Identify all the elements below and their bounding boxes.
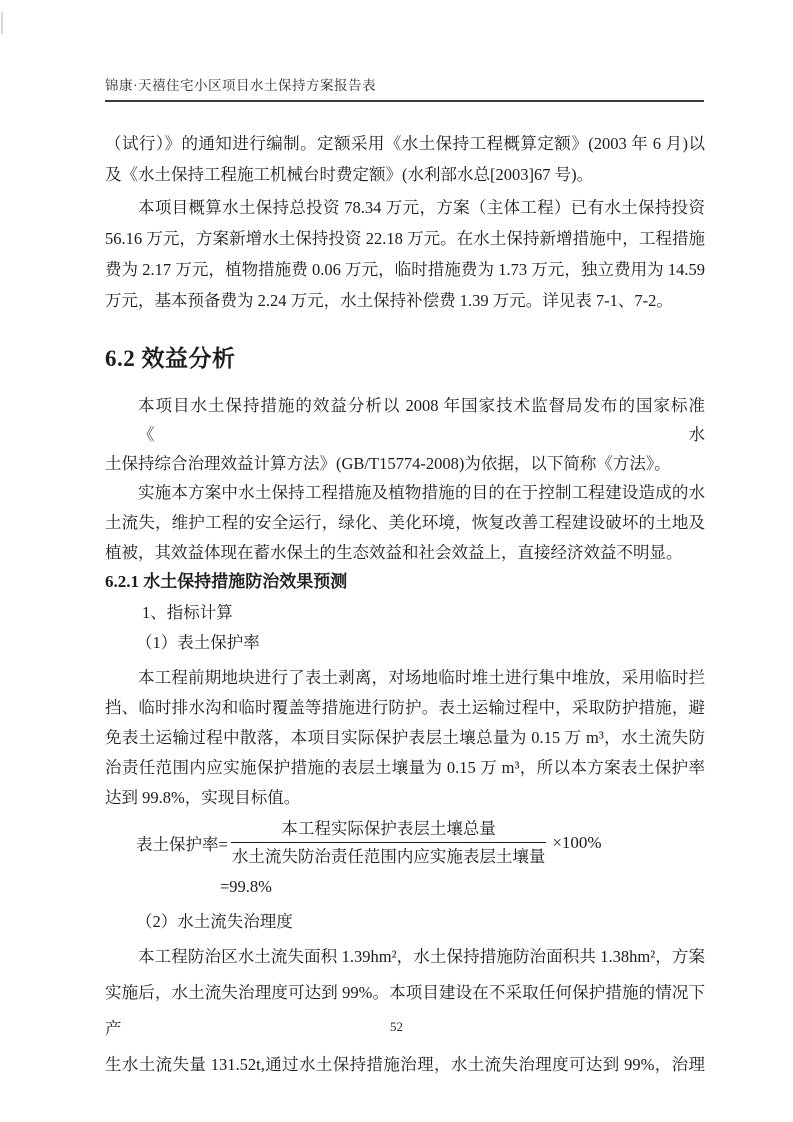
paragraph-purpose: 实施本方案中水土保持工程措施及植物措施的目的在于控制工程建设造成的水 土流失，维…	[105, 478, 705, 568]
paragraph-topsoil: 本工程前期地块进行了表土剥离，对场地临时堆土进行集中堆放，采用临时拦 挡、临时排…	[105, 663, 705, 813]
text-line: 土保持综合治理效益计算方法》(GB/T15774-2008)为依据，以下简称《方…	[105, 449, 705, 478]
text-line: 实施本方案中水土保持工程措施及植物措施的目的在于控制工程建设造成的水	[105, 478, 705, 508]
page-header: 锦康·天禧住宅小区项目水土保持方案报告表	[105, 74, 704, 102]
text-line: 费为 2.17 万元，植物措施费 0.06 万元，临时措施费为 1.73 万元，…	[105, 254, 705, 285]
text-line: 56.16 万元，方案新增水土保持投资 22.18 万元。在水土保持新增措施中，…	[105, 223, 705, 254]
page-number: 52	[0, 1019, 793, 1035]
list-item-erosion-control-degree: （2）水土流失治理度	[105, 907, 705, 937]
text-line: 土流失，维护工程的安全运行，绿化、美化环境，恢复改善工程建设破坏的土地及	[105, 508, 705, 538]
formula-numerator: 本工程实际保护表层土壤总量	[231, 819, 547, 843]
text-line: 本工程前期地块进行了表土剥离，对场地临时堆土进行集中堆放，采用临时拦	[105, 663, 705, 693]
topsoil-protection-rate-formula: 表土保护率= 本工程实际保护表层土壤总量 水土流失防治责任范围内应实施表层土壤量…	[105, 819, 705, 867]
paragraph-method-basis: 本项目水土保持措施的效益分析以 2008 年国家技术监督局发布的国家标准《水 土…	[105, 391, 705, 478]
text-line: （试行）》的通知进行编制。定额采用《水土保持工程概算定额》(2003 年 6 月…	[105, 128, 705, 159]
text-line: 免表土运输过程中散落，本项目实际保护表层土壤总量为 0.15 万 m³，水土流失…	[105, 723, 705, 753]
paragraph-erosion-control: 本工程防治区水土流失面积 1.39hm²，水土保持措施防治面积共 1.38hm²…	[105, 939, 705, 1083]
formula-fraction: 本工程实际保护表层土壤总量 水土流失防治责任范围内应实施表层土壤量	[231, 819, 547, 867]
header-title: 锦康·天禧住宅小区项目水土保持方案报告表	[105, 78, 376, 93]
text-line: 实施后，水土流失治理度可达到 99%。本项目建设在不采取任何保护措施的情况下产	[105, 975, 705, 1047]
section-heading-benefit-analysis: 6.2 效益分析	[105, 344, 705, 374]
text-line: 本项目水土保持措施的效益分析以 2008 年国家技术监督局发布的国家标准《水	[105, 391, 705, 449]
text-line: 万元，基本预备费为 2.24 万元，水土保持补偿费 1.39 万元。详见表 7-…	[105, 285, 705, 316]
subsection-heading-effect-prediction: 6.2.1 水土保持措施防治效果预测	[105, 570, 705, 594]
text-line: 治责任范围内应实施保护措施的表层土壤量为 0.15 万 m³，所以本方案表土保护…	[105, 753, 705, 783]
list-item-topsoil-protection-rate: （1）表土保护率	[105, 628, 705, 658]
text-line: 生水土流失量 131.52t,通过水土保持措施治理，水土流失治理度可达到 99%…	[105, 1047, 705, 1083]
text-line: 挡、临时排水沟和临时覆盖等措施进行防护。表土运输过程中，采取防护措施，避	[105, 693, 705, 723]
formula-result: =99.8%	[105, 877, 705, 897]
document-body: （试行）》的通知进行编制。定额采用《水土保持工程概算定额》(2003 年 6 月…	[105, 128, 705, 1083]
formula-lhs: 表土保护率=	[105, 831, 228, 855]
document-page: 锦康·天禧住宅小区项目水土保持方案报告表 （试行）》的通知进行编制。定额采用《水…	[0, 0, 793, 1122]
scan-artifact	[1, 12, 3, 34]
text-line: 及《水土保持工程施工机械台时费定额》(水利部水总[2003]67 号)。	[105, 159, 705, 190]
formula-denominator: 水土流失防治责任范围内应实施表层土壤量	[231, 843, 547, 867]
paragraph-continuation: （试行）》的通知进行编制。定额采用《水土保持工程概算定额》(2003 年 6 月…	[105, 128, 705, 190]
list-item-index-calculation: 1、指标计算	[105, 598, 705, 628]
text-line: 本项目概算水土保持总投资 78.34 万元，方案（主体工程）已有水土保持投资	[105, 192, 705, 223]
text-line: 植被，其效益体现在蓄水保土的生态效益和社会效益上，直接经济效益不明显。	[105, 538, 705, 568]
text-line: 本工程防治区水土流失面积 1.39hm²，水土保持措施防治面积共 1.38hm²…	[105, 939, 705, 975]
text-line: 达到 99.8%，实现目标值。	[105, 783, 705, 813]
paragraph-budget: 本项目概算水土保持总投资 78.34 万元，方案（主体工程）已有水土保持投资 5…	[105, 192, 705, 316]
formula-multiplier: ×100%	[552, 833, 601, 853]
